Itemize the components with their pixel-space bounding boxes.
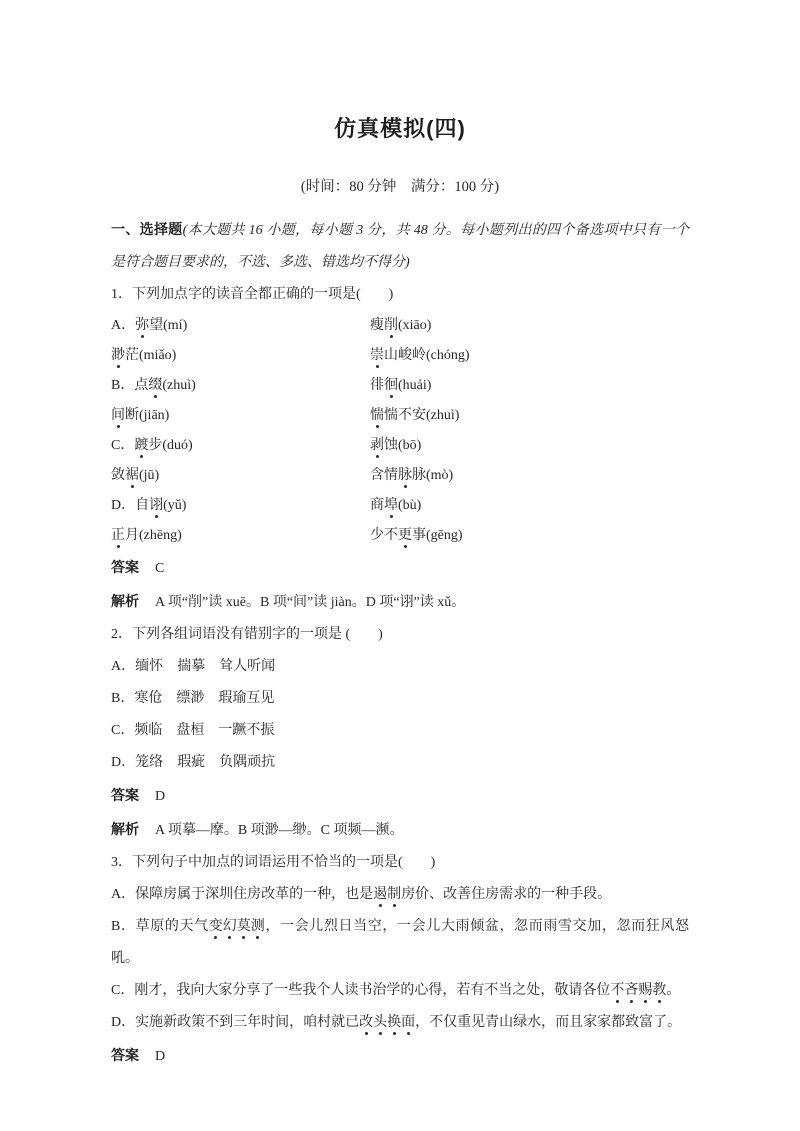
question-3-option-a: A．保障房属于深圳住房改革的一种，也是遏制房价、改善住房需求的一种手段。 (111, 879, 689, 911)
question-3-option-c: C．刚才，我向大家分享了一些我个人读书治学的心得，若有不当之处，敬请各位不吝赐教… (111, 975, 689, 1007)
pron-item: A．弥望(mí) (111, 311, 370, 341)
page-title: 仿真模拟(四) (0, 0, 800, 143)
question-2-option-a: A．缅怀 揣摹 耸人听闻 (111, 651, 689, 683)
question-1-stem: 1．下列加点字的读音全都正确的一项是( ) (111, 279, 689, 311)
pron-item: 正月(zhēng) (111, 521, 370, 551)
question-1-row-c2: 敛裾(jū) 含情脉脉(mò) (111, 461, 689, 491)
question-1-row-d2: 正月(zhēng) 少不更事(gēng) (111, 521, 689, 551)
question-2-option-d: D．笼络 瑕疵 负隅顽抗 (111, 747, 689, 779)
answer-label: 答案 (111, 1047, 139, 1063)
pron-item: 渺茫(miǎo) (111, 341, 370, 371)
pron-item: C．踱步(duó) (111, 431, 370, 461)
pron-item: 徘徊(huái) (370, 371, 689, 401)
question-1-analysis: 解析A 项“削”读 xuē。B 项“间”读 jiàn。D 项“诩”读 xǔ。 (111, 585, 689, 619)
question-2-option-b: B．寒伧 缥渺 瑕瑜互见 (111, 683, 689, 715)
question-1-row-c: C．踱步(duó) 剥蚀(bō) (111, 431, 689, 461)
question-1-row-a2: 渺茫(miǎo) 崇山峻岭(chóng) (111, 341, 689, 371)
question-3-option-d: D．实施新政策不到三年时间，咱村就已改头换面，不仅重见青山绿水，而且家家都致富了… (111, 1007, 689, 1039)
exam-time-score-meta: (时间：80 分钟 满分：100 分) (0, 177, 800, 197)
pron-item: 敛裾(jū) (111, 461, 370, 491)
pron-item: 瘦削(xiāo) (370, 311, 689, 341)
question-1: 1．下列加点字的读音全都正确的一项是( ) A．弥望(mí) 瘦削(xiāo) … (111, 279, 689, 619)
pron-item: D．自诩(yǔ) (111, 491, 370, 521)
analysis-text: A 项摹—摩。B 项渺—缈。C 项频—濒。 (155, 823, 404, 838)
pron-item: 崇山峻岭(chóng) (370, 341, 689, 371)
section-heading-note: (本大题共 16 小题，每小题 3 分，共 48 分。每小题列出的四个备选项中只… (111, 223, 689, 270)
pron-item: 含情脉脉(mò) (370, 461, 689, 491)
answer-value: D (155, 1049, 165, 1064)
pron-item: 商埠(bù) (370, 491, 689, 521)
answer-label: 答案 (111, 559, 139, 575)
pron-item: B．点缀(zhuì) (111, 371, 370, 401)
question-1-row-a: A．弥望(mí) 瘦削(xiāo) (111, 311, 689, 341)
pron-item: 剥蚀(bō) (370, 431, 689, 461)
section-heading-title: 一、选择题 (111, 221, 183, 237)
question-3: 3．下列句子中加点的词语运用不恰当的一项是( ) A．保障房属于深圳住房改革的一… (111, 847, 689, 1073)
pron-item: 间断(jiān) (111, 401, 370, 431)
question-3-option-b: B．草原的天气变幻莫测，一会儿烈日当空，一会儿大雨倾盆，忽而雨雪交加，忽而狂风怒… (111, 911, 689, 975)
question-1-row-b2: 间断(jiān) 惴惴不安(zhuì) (111, 401, 689, 431)
question-2-option-c: C．频临 盘桓 一蹶不振 (111, 715, 689, 747)
question-3-stem: 3．下列句子中加点的词语运用不恰当的一项是( ) (111, 847, 689, 879)
analysis-label: 解析 (111, 821, 139, 837)
pron-item: 惴惴不安(zhuì) (370, 401, 689, 431)
question-1-row-d: D．自诩(yǔ) 商埠(bù) (111, 491, 689, 521)
answer-value: D (155, 789, 165, 804)
section-heading: 一、选择题(本大题共 16 小题，每小题 3 分，共 48 分。每小题列出的四个… (111, 213, 689, 279)
analysis-label: 解析 (111, 593, 139, 609)
question-3-answer: 答案D (111, 1039, 689, 1073)
question-1-answer: 答案C (111, 551, 689, 585)
answer-value: C (155, 561, 164, 576)
exam-page: 仿真模拟(四) (时间：80 分钟 满分：100 分) 一、选择题(本大题共 1… (0, 0, 800, 1073)
analysis-text: A 项“削”读 xuē。B 项“间”读 jiàn。D 项“诩”读 xǔ。 (155, 595, 465, 610)
question-2: 2．下列各组词语没有错别字的一项是 ( ) A．缅怀 揣摹 耸人听闻 B．寒伧 … (111, 619, 689, 847)
question-2-stem: 2．下列各组词语没有错别字的一项是 ( ) (111, 619, 689, 651)
answer-label: 答案 (111, 787, 139, 803)
exam-content: 一、选择题(本大题共 16 小题，每小题 3 分，共 48 分。每小题列出的四个… (111, 213, 689, 1073)
pron-item: 少不更事(gēng) (370, 521, 689, 551)
question-1-row-b: B．点缀(zhuì) 徘徊(huái) (111, 371, 689, 401)
question-2-answer: 答案D (111, 779, 689, 813)
question-2-analysis: 解析A 项摹—摩。B 项渺—缈。C 项频—濒。 (111, 813, 689, 847)
